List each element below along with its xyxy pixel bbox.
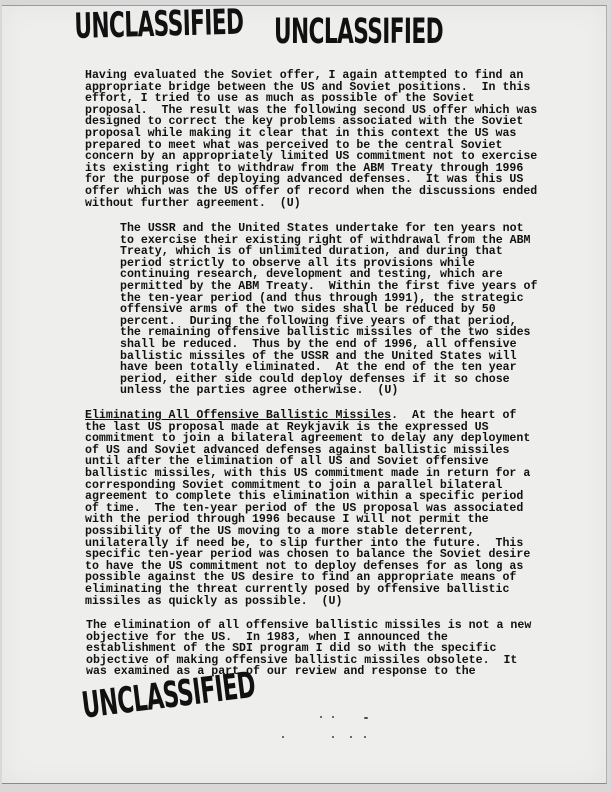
text-line: Having evaluated the Soviet offer, I aga… xyxy=(85,70,537,82)
document-page: UNCLASSIFIED UNCLASSIFIED Having evaluat… xyxy=(2,5,607,784)
text-line: The elimination of all offensive ballist… xyxy=(86,620,531,632)
text-line: ballistic missiles, with this US commitm… xyxy=(85,468,530,480)
text-line: concern by an appropriately limited US c… xyxy=(85,151,537,163)
text-line: have been totally eliminated. At the end… xyxy=(120,362,537,374)
text-line: shall be reduced. Thus by the end of 199… xyxy=(120,339,537,351)
unclassified-stamp-top-center: UNCLASSIFIED xyxy=(274,15,547,50)
text-line: agreement to complete this elimination w… xyxy=(85,491,530,503)
text-line: possibility of the US moving to a more s… xyxy=(85,526,530,538)
scan-speck xyxy=(332,736,334,738)
text-line: without further agreement. (U) xyxy=(85,198,537,210)
scan-speck xyxy=(364,717,368,719)
scan-speck xyxy=(282,736,284,738)
text-line: offer which was the US offer of record w… xyxy=(85,186,537,198)
text-line: specific ten-year period was chosen to b… xyxy=(85,549,530,561)
text-line: missiles as quickly as possible. (U) xyxy=(85,596,530,608)
paragraph-2-quoted-offer: The USSR and the United States undertake… xyxy=(120,223,537,397)
text-line: permitted by the ABM Treaty. Within the … xyxy=(120,281,537,293)
paragraph-1: Having evaluated the Soviet offer, I aga… xyxy=(85,70,537,209)
text-line: The USSR and the United States undertake… xyxy=(120,223,537,235)
paragraph-3-eliminating-missiles: Eliminating All Offensive Ballistic Miss… xyxy=(85,410,530,607)
text-line: eliminating the threat currently posed b… xyxy=(85,584,530,596)
text-line: unless the parties agree otherwise. (U) xyxy=(120,385,537,397)
text-line: proposal while making it clear that in t… xyxy=(85,128,537,140)
scan-speck xyxy=(332,716,334,718)
text-line: offensive arms of the two sides shall be… xyxy=(120,304,537,316)
section-heading-line: Eliminating All Offensive Ballistic Miss… xyxy=(85,410,530,422)
scan-speck xyxy=(364,736,366,738)
scan-speck xyxy=(350,736,352,738)
scan-speck xyxy=(320,716,322,718)
